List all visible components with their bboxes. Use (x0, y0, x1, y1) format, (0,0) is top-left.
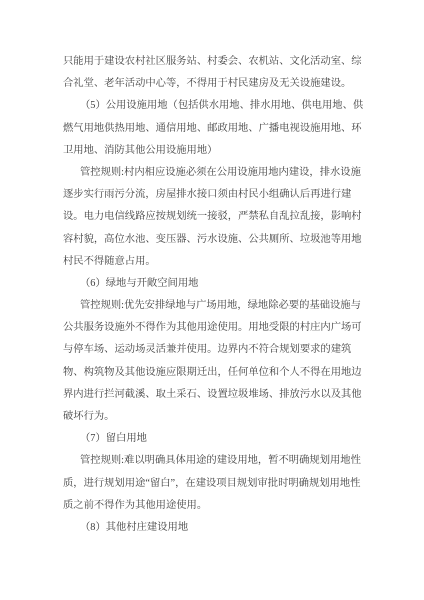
text-line: 管控规则:村内相应设施必须在公用设施用地内建设，排水设施 (63, 162, 359, 184)
text-block: 只能用于建设农村社区服务站、村委会、农机站、文化活动室、综合礼堂、老年活动中心等… (63, 51, 359, 539)
text-line: 与停车场、运动场灵活兼并使用。边界内不符合规划要求的建筑 (63, 339, 359, 361)
text-line: 物、构筑物及其他设施应限期迁出，任何单位和个人不得在用地边 (63, 362, 359, 384)
text-line: （8）其他村庄建设用地 (63, 517, 359, 539)
text-line: （7）留白用地 (63, 428, 359, 450)
document-page: 只能用于建设农村社区服务站、村委会、农机站、文化活动室、综合礼堂、老年活动中心等… (0, 0, 424, 600)
text-line: 公共服务设施外不得作为其他用途使用。用地受限的村庄内广场可 (63, 317, 359, 339)
text-line: 逐步实行雨污分流，房屋排水接口须由村民小组确认后再进行建 (63, 184, 359, 206)
text-line: 合礼堂、老年活动中心等，不得用于村民建房及无关设施建设。 (63, 73, 359, 95)
text-line: （5）公用设施用地（包括供水用地、排水用地、供电用地、供 (63, 95, 359, 117)
text-line: （6）绿地与开敞空间用地 (63, 273, 359, 295)
text-line: 质，进行规划用途“留白”，在建设项目规划审批时明确规划用地性 (63, 473, 359, 495)
text-line: 设。电力电信线路应按规划统一接驳，严禁私自乱拉乱接，影响村 (63, 206, 359, 228)
text-line: 界内进行拦河截溪、取土采石、设置垃圾堆场、排放污水以及其他 (63, 384, 359, 406)
text-line: 村民不得随意占用。 (63, 251, 359, 273)
text-line: 管控规则:优先安排绿地与广场用地，绿地除必要的基础设施与 (63, 295, 359, 317)
text-line: 卫用地、消防其他公用设施用地） (63, 140, 359, 162)
text-line: 只能用于建设农村社区服务站、村委会、农机站、文化活动室、综 (63, 51, 359, 73)
text-line: 容村貌，高位水池、变压器、污水设施、公共厕所、垃圾池等用地 (63, 229, 359, 251)
text-line: 燃气用地供热用地、通信用地、邮政用地、广播电视设施用地、环 (63, 118, 359, 140)
text-line: 破坏行为。 (63, 406, 359, 428)
text-line: 质之前不得作为其他用途使用。 (63, 495, 359, 517)
text-line: 管控规则:难以明确具体用途的建设用地，暂不明确规划用地性 (63, 450, 359, 472)
